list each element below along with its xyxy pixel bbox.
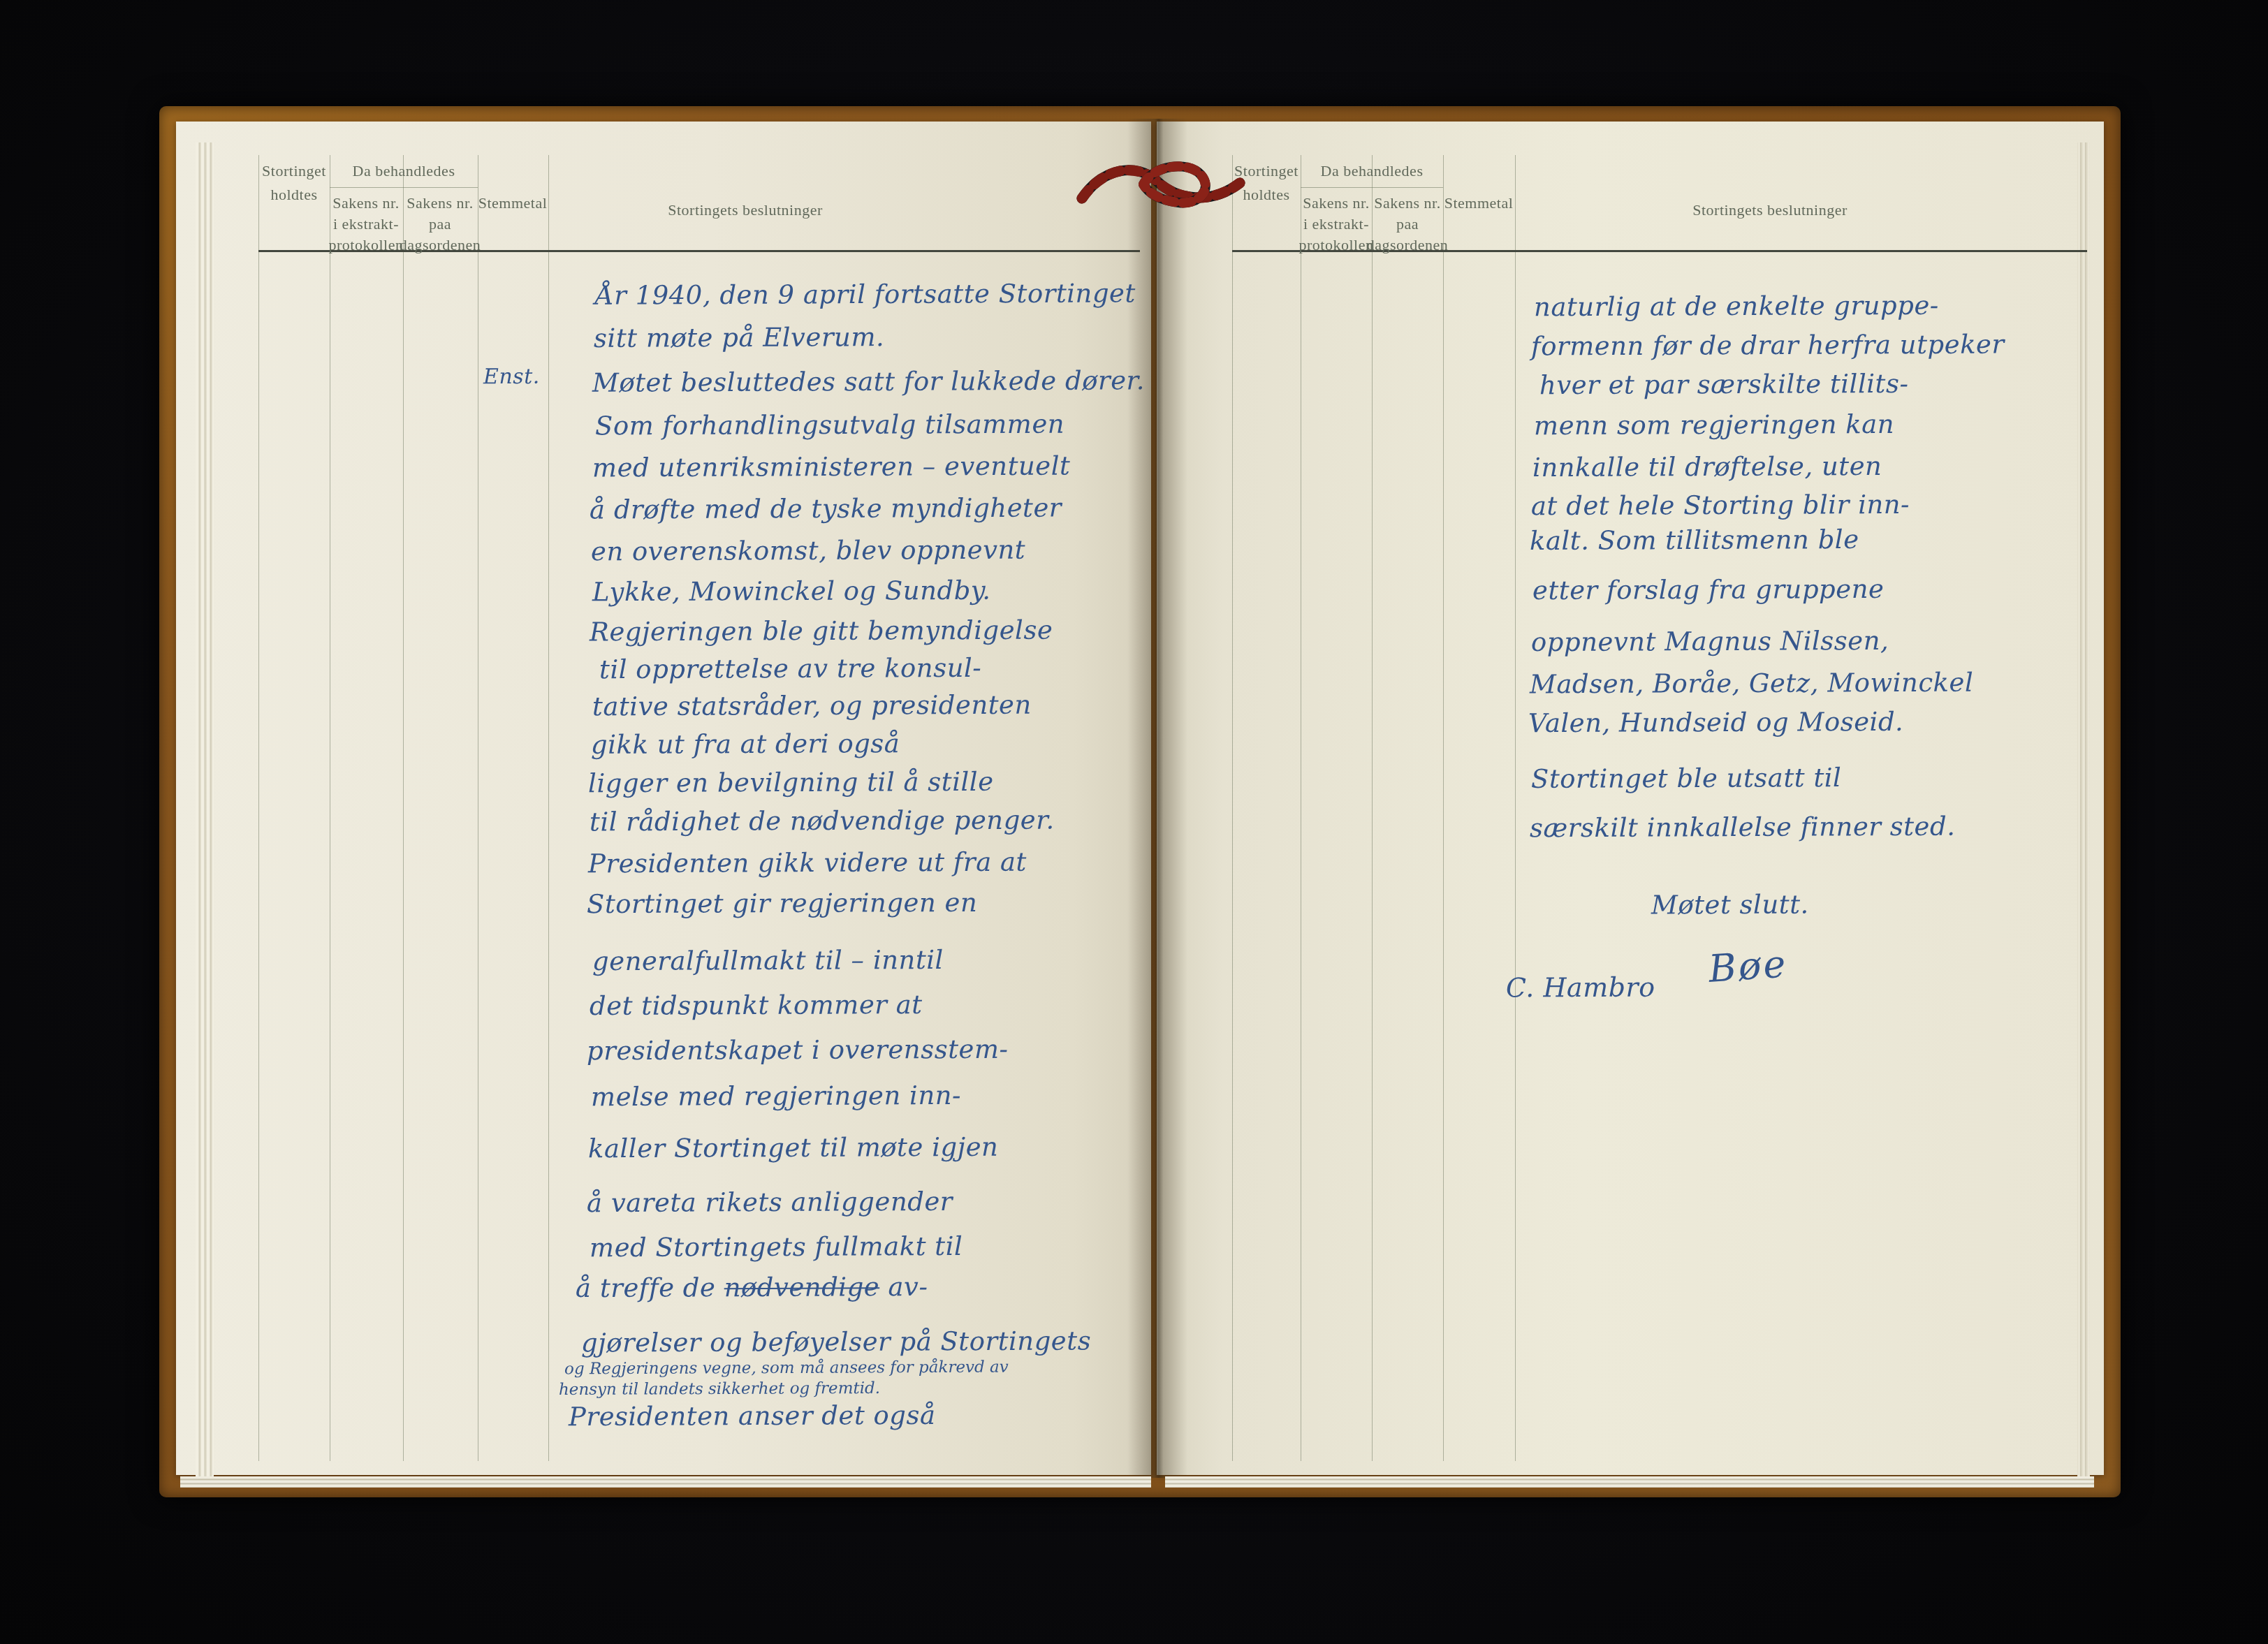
book-gutter-shadow [1127,119,1187,1478]
header-ekstrakt-2: i ekstrakt- [1303,215,1369,233]
handwritten-line: hver et par særskilte tillits- [1539,369,1909,400]
header-dagsorden-3: dagsordenen [1367,236,1449,254]
handwritten-line: Presidenten anser det også [569,1400,936,1432]
handwritten-line: å vareta rikets anliggender [587,1187,953,1218]
signature-boe: Bøe [1707,941,1789,991]
handwritten-line: Madsen, Boråe, Getz, Mowinckel [1530,668,1973,700]
column-line [548,155,549,1461]
column-line [403,155,404,1461]
header-ekstrakt-3: protokollen [329,236,404,254]
handwritten-line: Presidenten gikk videre ut fra at [588,847,1027,879]
handwritten-line: at det hele Storting blir inn- [1531,490,1910,521]
handwritten-line: Valen, Hundseid og Moseid. [1528,707,1903,738]
handwritten-line: Som forhandlingsutvalg tilsammen [595,409,1065,441]
closing-line: Møtet slutt. [1651,890,1809,920]
header-dagsorden-2: paa [1396,215,1419,233]
header-stemmetal: Stemmetal [478,194,548,212]
handwritten-line: med Stortingets fullmakt til [590,1231,963,1263]
handwritten-line: År 1940, den 9 april fortsatte Stortinge… [595,278,1136,310]
handwritten-line: gjørelser og beføyelser på Stortingets [581,1326,1091,1358]
handwritten-line: særskilt innkallelse finner sted. [1530,812,1956,844]
left-page: Stortinget holdtes Da behandledes Sakens… [176,122,1151,1475]
bookmark-cord [1072,147,1254,230]
header-ekstrakt-1: Sakens nr. [332,194,399,212]
vote-note-enst: Enst. [483,365,540,389]
column-line [1232,155,1233,1461]
header-ekstrakt-1: Sakens nr. [1303,194,1369,212]
column-line [1372,155,1373,1461]
header-da-behandledes: Da behandledes [353,162,455,180]
column-line [1515,155,1516,1461]
handwritten-line: tative statsråder, og presidenten [592,690,1032,722]
handwritten-line: å drøfte med de tyske myndigheter [590,493,1062,525]
header-dagsorden-3: dagsordenen [400,236,481,254]
strike-pre: å treffe de [576,1272,724,1303]
header-ekstrakt-3: protokollen [1299,236,1374,254]
column-line [258,155,259,1461]
handwritten-line: naturlig at de enkelte gruppe- [1534,291,1939,323]
photo-background: Stortinget holdtes Da behandledes Sakens… [0,0,2268,1644]
handwritten-line: melse med regjeringen inn- [591,1080,961,1112]
header-da-behandledes: Da behandledes [1321,162,1424,180]
interlinear-insert: og Regjeringens vegne, som må ansees for… [564,1358,1009,1379]
right-page: Stortinget holdtes Da behandledes Sakens… [1157,122,2104,1475]
handwritten-line: gikk ut fra at deri også [591,728,900,760]
header-ekstrakt-2: i ekstrakt- [333,215,399,233]
struck-word: nødvendige [724,1272,880,1302]
handwritten-line: menn som regjeringen kan [1534,409,1894,441]
handwritten-line: generalfullmakt til – inntil [592,945,944,976]
handwritten-line: formenn før de drar herfra utpeker [1531,330,2005,362]
header-dagsorden-2: paa [429,215,451,233]
handwritten-line: presidentskapet i overensstem- [587,1034,1009,1066]
handwritten-line: til opprettelse av tre konsul- [599,653,981,684]
column-line [1301,155,1301,1461]
handwritten-line: kaller Stortinget til møte igjen [588,1132,999,1164]
header-dagsorden-1: Sakens nr. [1374,194,1440,212]
header-stortinget: Stortinget [262,162,326,180]
handwritten-line: ligger en bevilgning til å stille [588,767,994,799]
handwritten-line: en overenskomst, blev oppnevnt [591,535,1025,567]
header-dagsorden-1: Sakens nr. [407,194,473,212]
handwritten-line: det tidspunkt kommer at [590,990,923,1021]
handwritten-line: Stortinget ble utsatt til [1531,763,1842,794]
protocol-book: Stortinget holdtes Da behandledes Sakens… [159,106,2121,1497]
header-holdtes: holdtes [270,186,317,204]
signature-hambro: C. Hambro [1506,972,1655,1004]
handwritten-line-strike: å treffe de nødvendige av- [576,1272,928,1303]
page-stack-edges-right [2077,142,2090,1483]
handwritten-line: sitt møte på Elverum. [594,322,884,353]
interlinear-insert: hensyn til landets sikkerhet og fremtid. [559,1379,880,1399]
page-stack-bottom-left [180,1476,1151,1488]
header-beslutninger: Stortingets beslutninger [668,201,823,219]
handwritten-line: Lykke, Mowinckel og Sundby. [592,575,991,607]
handwritten-line: Stortinget gir regjeringen en [587,888,977,919]
header-subrule [1301,187,1443,188]
page-stack-bottom-right [1165,1476,2094,1488]
handwritten-line: til rådighet de nødvendige penger. [590,805,1055,837]
handwritten-line: Møtet besluttedes satt for lukkede dører… [592,365,1145,397]
header-stemmetal: Stemmetal [1444,194,1514,212]
page-stack-edges-left [196,142,214,1483]
strike-post: av- [879,1272,928,1302]
column-line [478,155,478,1461]
handwritten-line: oppnevnt Magnus Nilssen, [1531,626,1889,657]
handwritten-line: etter forslag fra gruppene [1532,574,1885,606]
handwritten-line: kalt. Som tillitsmenn ble [1530,524,1859,556]
handwritten-line: innkalle til drøftelse, uten [1532,451,1882,483]
column-line [330,155,330,1461]
column-line [1443,155,1444,1461]
handwritten-line: Regjeringen ble gitt bemyndigelse [590,615,1053,647]
handwritten-line: med utenriksministeren – eventuelt [592,451,1071,483]
header-beslutninger: Stortingets beslutninger [1692,201,1848,219]
header-subrule [330,187,478,188]
